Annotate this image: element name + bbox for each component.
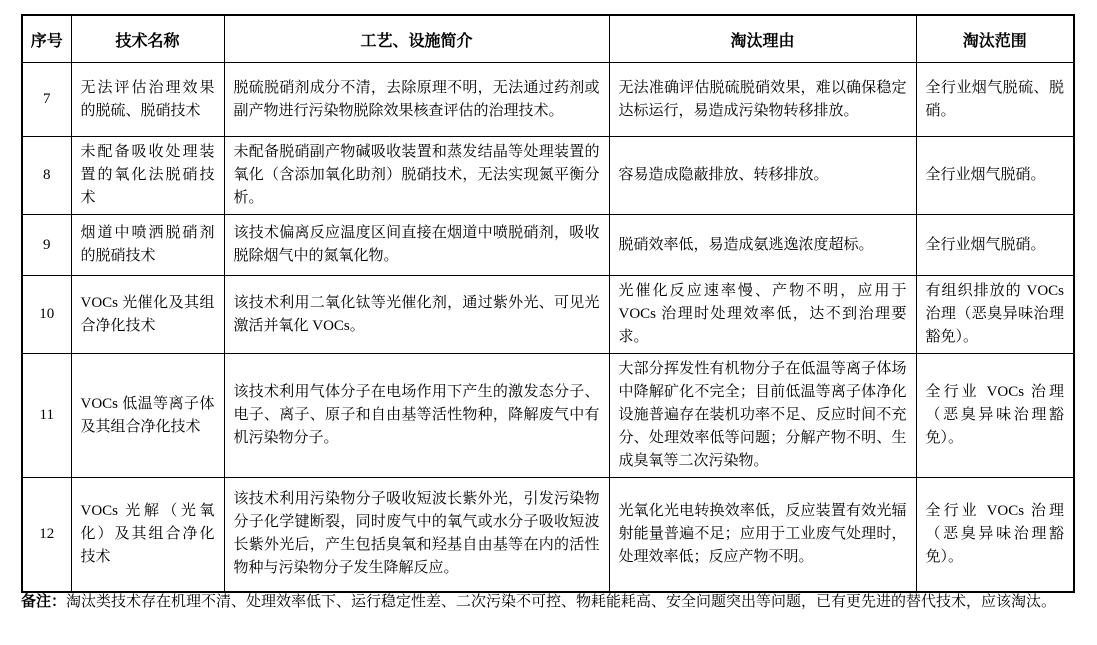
table-row: 7 无法评估治理效果的脱硫、脱硝技术 脱硫脱硝剂成分不清，去除原理不明，无法通过…: [22, 63, 1074, 137]
cell-process-intro: 该技术利用气体分子在电场作用下产生的激发态分子、电子、离子、原子和自由基等活性物…: [224, 354, 609, 478]
cell-elimination-reason: 光氧化光电转换效率低，反应装置有效光辐射能量普遍不足；应用于工业废气处理时，处理…: [609, 478, 916, 592]
col-header-process-intro: 工艺、设施简介: [224, 15, 609, 63]
table-row: 10 VOCs 光催化及其组合净化技术 该技术利用二氧化钛等光催化剂，通过紫外光…: [22, 276, 1074, 354]
cell-elimination-scope: 全行业烟气脱硫、脱硝。: [916, 63, 1074, 137]
cell-serial-number: 10: [22, 276, 71, 354]
eliminated-technology-table: 序号 技术名称 工艺、设施简介 淘汰理由 淘汰范围 7 无法评估治理效果的脱硫、…: [21, 14, 1075, 593]
cell-technology-name: VOCs 光催化及其组合净化技术: [71, 276, 224, 354]
table-row: 8 未配备吸收处理装置的氧化法脱硝技术 未配备脱硝副产物碱吸收装置和蒸发结晶等处…: [22, 137, 1074, 215]
cell-serial-number: 8: [22, 137, 71, 215]
cell-serial-number: 11: [22, 354, 71, 478]
cell-technology-name: 烟道中喷洒脱硝剂的脱硝技术: [71, 215, 224, 276]
footnote: 备注：淘汰类技术存在机理不清、处理效率低下、运行稳定性差、二次污染不可控、物耗能…: [21, 591, 1093, 614]
cell-serial-number: 7: [22, 63, 71, 137]
cell-serial-number: 12: [22, 478, 71, 592]
footnote-text: 淘汰类技术存在机理不清、处理效率低下、运行稳定性差、二次污染不可控、物耗能耗高、…: [66, 594, 1056, 610]
cell-technology-name: VOCs 低温等离子体及其组合净化技术: [71, 354, 224, 478]
table-row: 12 VOCs 光解（光氧化）及其组合净化技术 该技术利用污染物分子吸收短波长紫…: [22, 478, 1074, 592]
cell-elimination-reason: 容易造成隐蔽排放、转移排放。: [609, 137, 916, 215]
table-header-row: 序号 技术名称 工艺、设施简介 淘汰理由 淘汰范围: [22, 15, 1074, 63]
col-header-technology-name: 技术名称: [71, 15, 224, 63]
cell-process-intro: 该技术偏离反应温度区间直接在烟道中喷脱硝剂，吸收脱除烟气中的氮氧化物。: [224, 215, 609, 276]
cell-serial-number: 9: [22, 215, 71, 276]
cell-technology-name: 无法评估治理效果的脱硫、脱硝技术: [71, 63, 224, 137]
cell-elimination-scope: 全行业烟气脱硝。: [916, 215, 1074, 276]
cell-technology-name: 未配备吸收处理装置的氧化法脱硝技术: [71, 137, 224, 215]
cell-process-intro: 该技术利用二氧化钛等光催化剂，通过紫外光、可见光激活并氧化 VOCs。: [224, 276, 609, 354]
cell-elimination-reason: 无法准确评估脱硫脱硝效果，难以确保稳定达标运行，易造成污染物转移排放。: [609, 63, 916, 137]
cell-elimination-reason: 光催化反应速率慢、产物不明，应用于 VOCs 治理时处理效率低，达不到治理要求。: [609, 276, 916, 354]
cell-process-intro: 该技术利用污染物分子吸收短波长紫外光，引发污染物分子化学键断裂，同时废气中的氧气…: [224, 478, 609, 592]
footnote-label: 备注：: [21, 594, 66, 610]
col-header-elimination-reason: 淘汰理由: [609, 15, 916, 63]
cell-process-intro: 未配备脱硝副产物碱吸收装置和蒸发结晶等处理装置的氧化（含添加氧化助剂）脱硝技术，…: [224, 137, 609, 215]
cell-elimination-reason: 大部分挥发性有机物分子在低温等离子体场中降解矿化不完全；目前低温等离子体净化设施…: [609, 354, 916, 478]
cell-elimination-scope: 全行业 VOCs 治理（恶臭异味治理豁免）。: [916, 354, 1074, 478]
cell-elimination-scope: 全行业烟气脱硝。: [916, 137, 1074, 215]
document-page: 序号 技术名称 工艺、设施简介 淘汰理由 淘汰范围 7 无法评估治理效果的脱硫、…: [0, 0, 1097, 645]
table-row: 11 VOCs 低温等离子体及其组合净化技术 该技术利用气体分子在电场作用下产生…: [22, 354, 1074, 478]
table-row: 9 烟道中喷洒脱硝剂的脱硝技术 该技术偏离反应温度区间直接在烟道中喷脱硝剂，吸收…: [22, 215, 1074, 276]
col-header-serial-number: 序号: [22, 15, 71, 63]
cell-elimination-scope: 有组织排放的 VOCs 治理（恶臭异味治理豁免）。: [916, 276, 1074, 354]
cell-technology-name: VOCs 光解（光氧化）及其组合净化技术: [71, 478, 224, 592]
col-header-elimination-scope: 淘汰范围: [916, 15, 1074, 63]
cell-process-intro: 脱硫脱硝剂成分不清，去除原理不明，无法通过药剂或副产物进行污染物脱除效果核查评估…: [224, 63, 609, 137]
cell-elimination-reason: 脱硝效率低，易造成氨逃逸浓度超标。: [609, 215, 916, 276]
cell-elimination-scope: 全行业 VOCs 治理（恶臭异味治理豁免）。: [916, 478, 1074, 592]
